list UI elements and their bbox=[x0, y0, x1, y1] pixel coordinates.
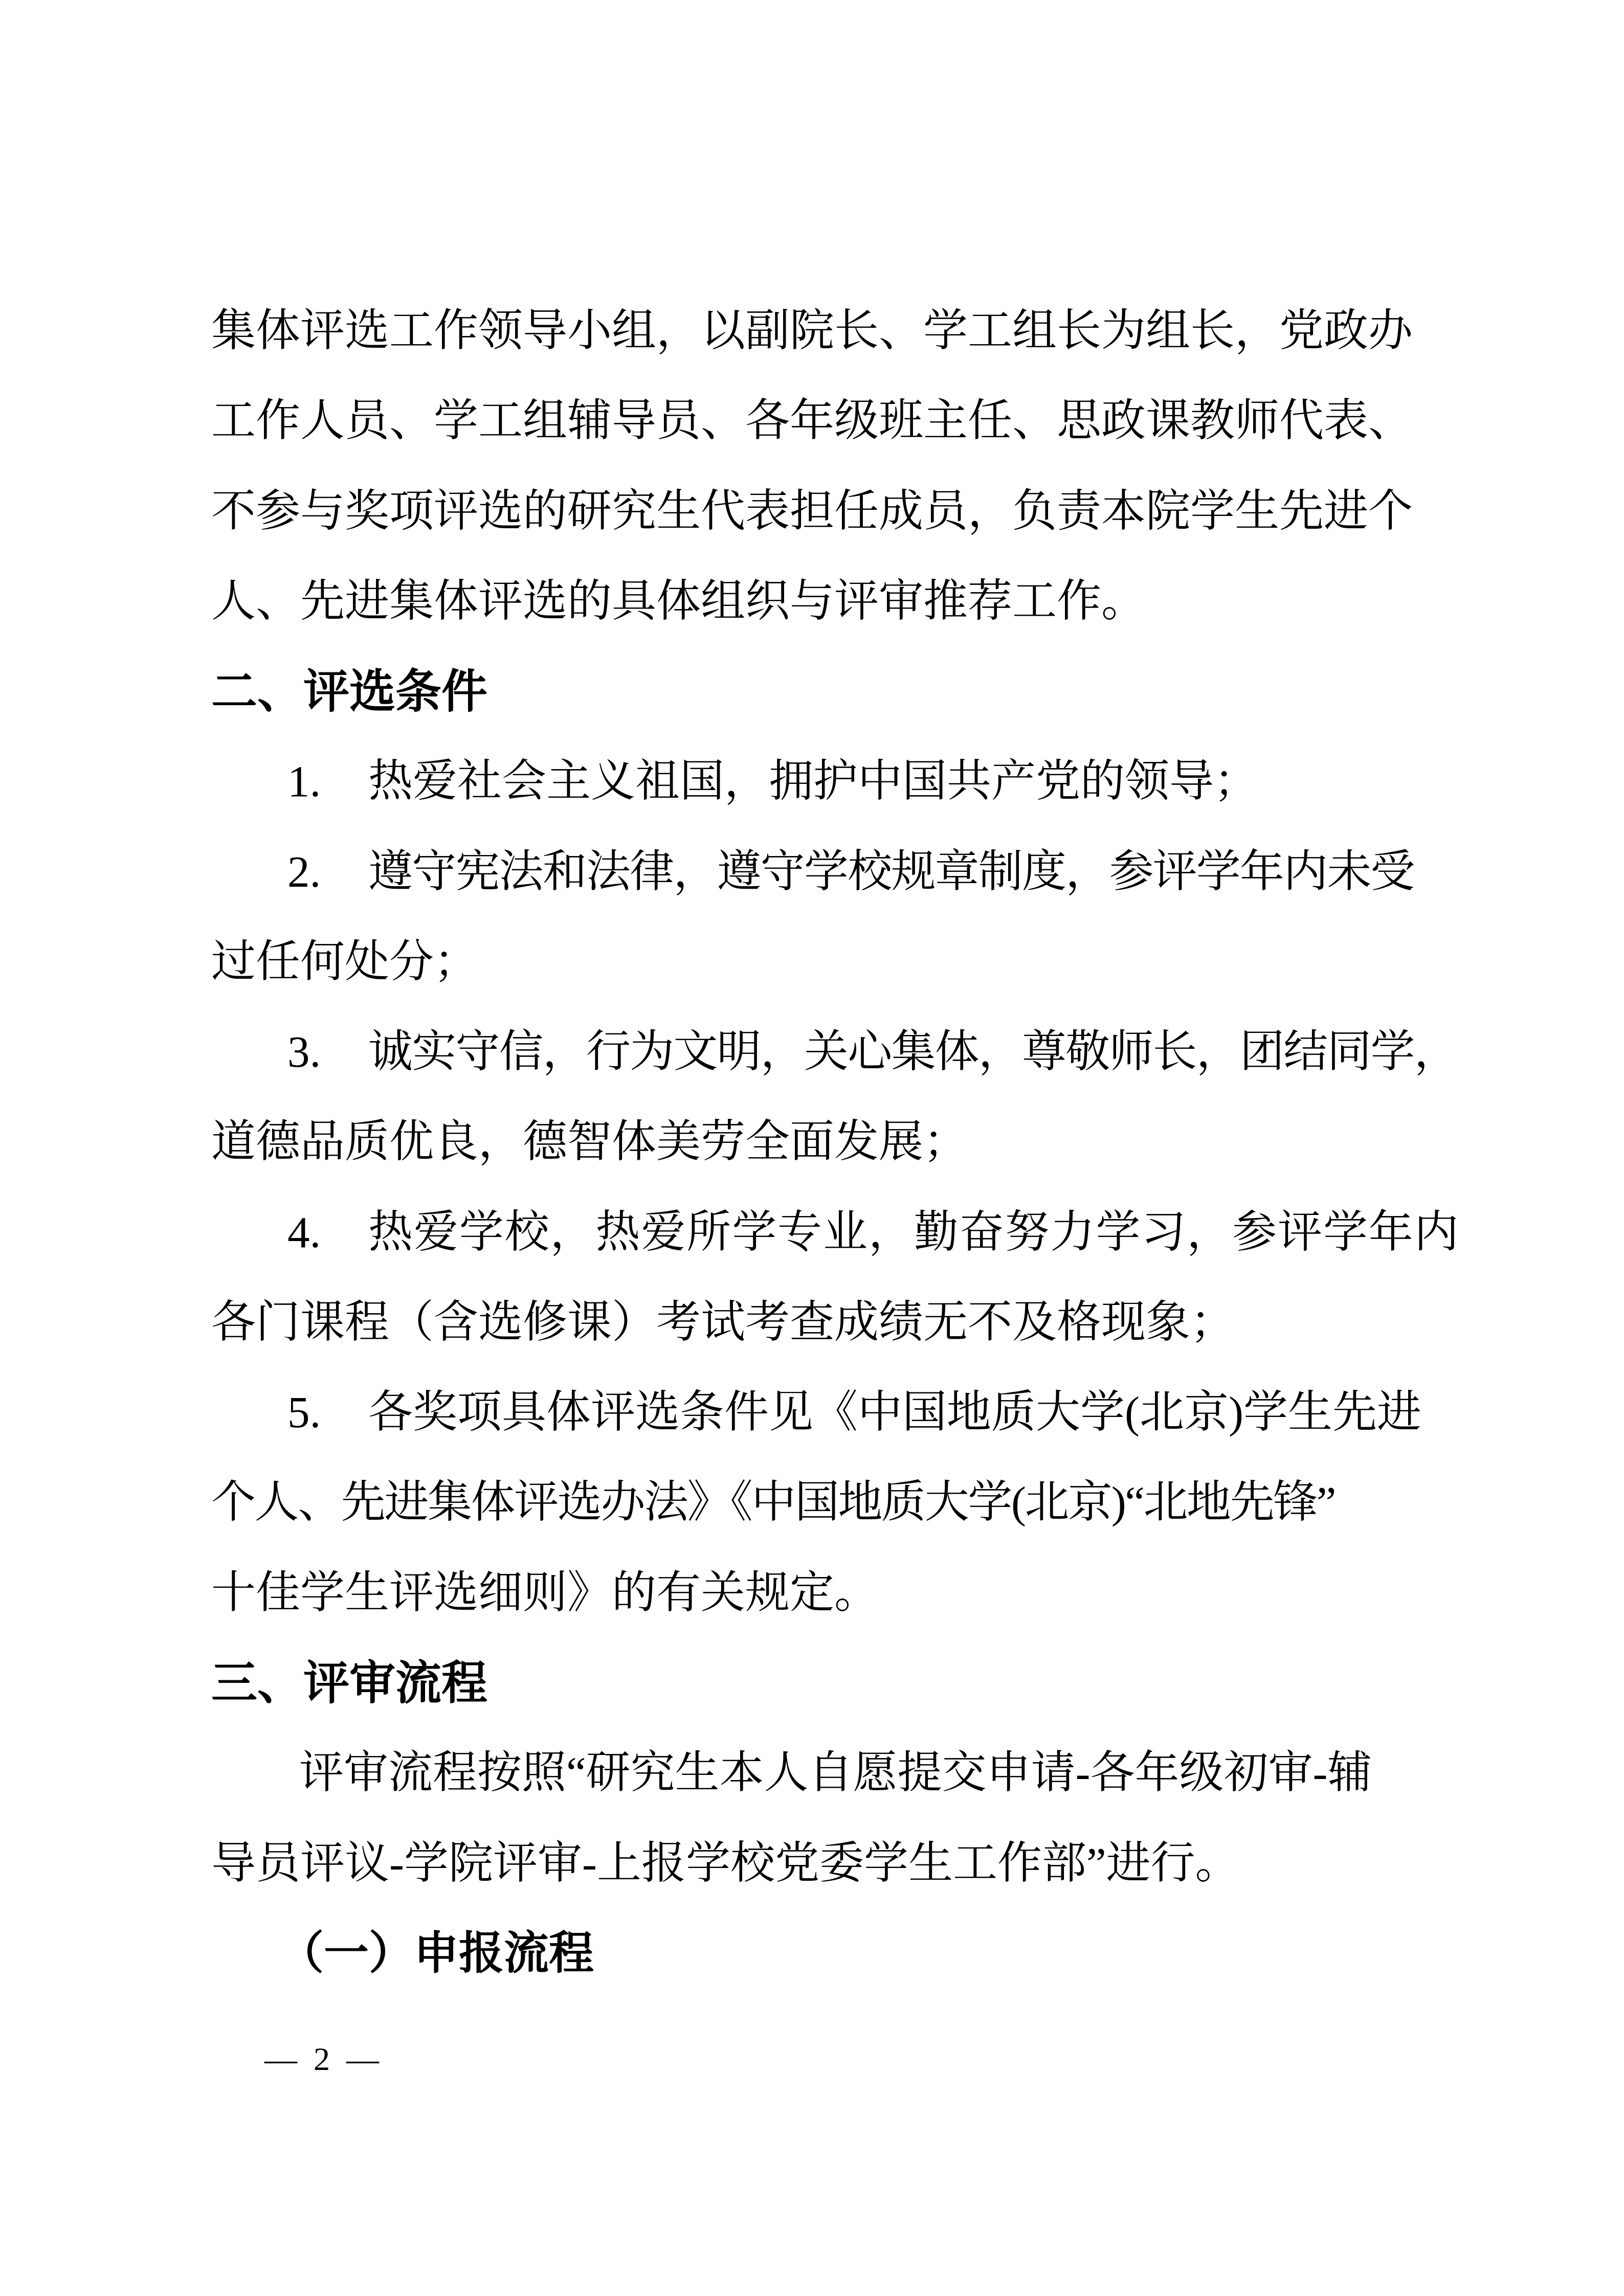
criteria-item-2: 2.遵守宪法和法律，遵守学校规章制度，参评学年内未受 bbox=[287, 849, 1414, 895]
criteria-item-5-cont-2: 十佳学生评选细则》的有关规定。 bbox=[211, 1570, 879, 1616]
item-number: 2. bbox=[287, 849, 368, 895]
process-line-1: 评审流程按照“研究生本人自愿提交申请-各年级初审-辅 bbox=[299, 1750, 1372, 1796]
criteria-item-4-cont: 各门课程（含选修课）考试考查成绩无不及格现象； bbox=[211, 1300, 1235, 1345]
section-heading-process: 三、评审流程 bbox=[211, 1660, 487, 1707]
criteria-item-3-cont: 道德品质优良，德智体美劳全面发展； bbox=[211, 1119, 968, 1165]
section-heading-criteria: 二、评选条件 bbox=[211, 669, 487, 716]
item-text: 热爱社会主义祖国，拥护中国共产党的领导； bbox=[368, 756, 1258, 806]
document-page: 集体评选工作领导小组，以副院长、学工组长为组长，党政办 工作人员、学工组辅导员、… bbox=[0, 0, 1624, 2296]
criteria-item-5-cont-1: 个人、先进集体评选办法》《中国地质大学(北京)“北地先锋” bbox=[211, 1480, 1335, 1525]
criteria-item-3: 3.诚实守信，行为文明，关心集体，尊敬师长，团结同学， bbox=[287, 1029, 1458, 1075]
item-number: 1. bbox=[287, 759, 368, 804]
item-number: 5. bbox=[287, 1390, 368, 1435]
intro-line-1: 集体评选工作领导小组，以副院长、学工组长为组长，党政办 bbox=[211, 308, 1413, 354]
criteria-item-4: 4.热爱学校，热爱所学专业，勤奋努力学习，参评学年内 bbox=[287, 1210, 1460, 1255]
footer-page-number: — 2 — bbox=[264, 2040, 383, 2078]
item-text: 诚实守信，行为文明，关心集体，尊敬师长，团结同学， bbox=[368, 1027, 1458, 1076]
subheading-application-process: （一）申报流程 bbox=[279, 1931, 594, 1977]
item-text: 热爱学校，热爱所学专业，勤奋努力学习，参评学年内 bbox=[368, 1207, 1460, 1257]
intro-line-4: 人、先进集体评选的具体组织与评审推荐工作。 bbox=[211, 579, 1146, 624]
process-line-2: 导员评议-学院评审-上报学校党委学生工作部”进行。 bbox=[211, 1841, 1240, 1886]
item-number: 4. bbox=[287, 1210, 368, 1255]
criteria-item-2-cont: 过任何处分； bbox=[211, 939, 478, 985]
criteria-item-1: 1.热爱社会主义祖国，拥护中国共产党的领导； bbox=[287, 759, 1258, 804]
item-text: 遵守宪法和法律，遵守学校规章制度，参评学年内未受 bbox=[368, 847, 1414, 896]
criteria-item-5: 5.各奖项具体评选条件见《中国地质大学(北京)学生先进 bbox=[287, 1390, 1421, 1435]
item-text: 各奖项具体评选条件见《中国地质大学(北京)学生先进 bbox=[368, 1387, 1421, 1437]
intro-line-2: 工作人员、学工组辅导员、各年级班主任、思政课教师代表、 bbox=[211, 398, 1413, 444]
item-number: 3. bbox=[287, 1029, 368, 1075]
intro-line-3: 不参与奖项评选的研究生代表担任成员，负责本院学生先进个 bbox=[211, 489, 1413, 534]
